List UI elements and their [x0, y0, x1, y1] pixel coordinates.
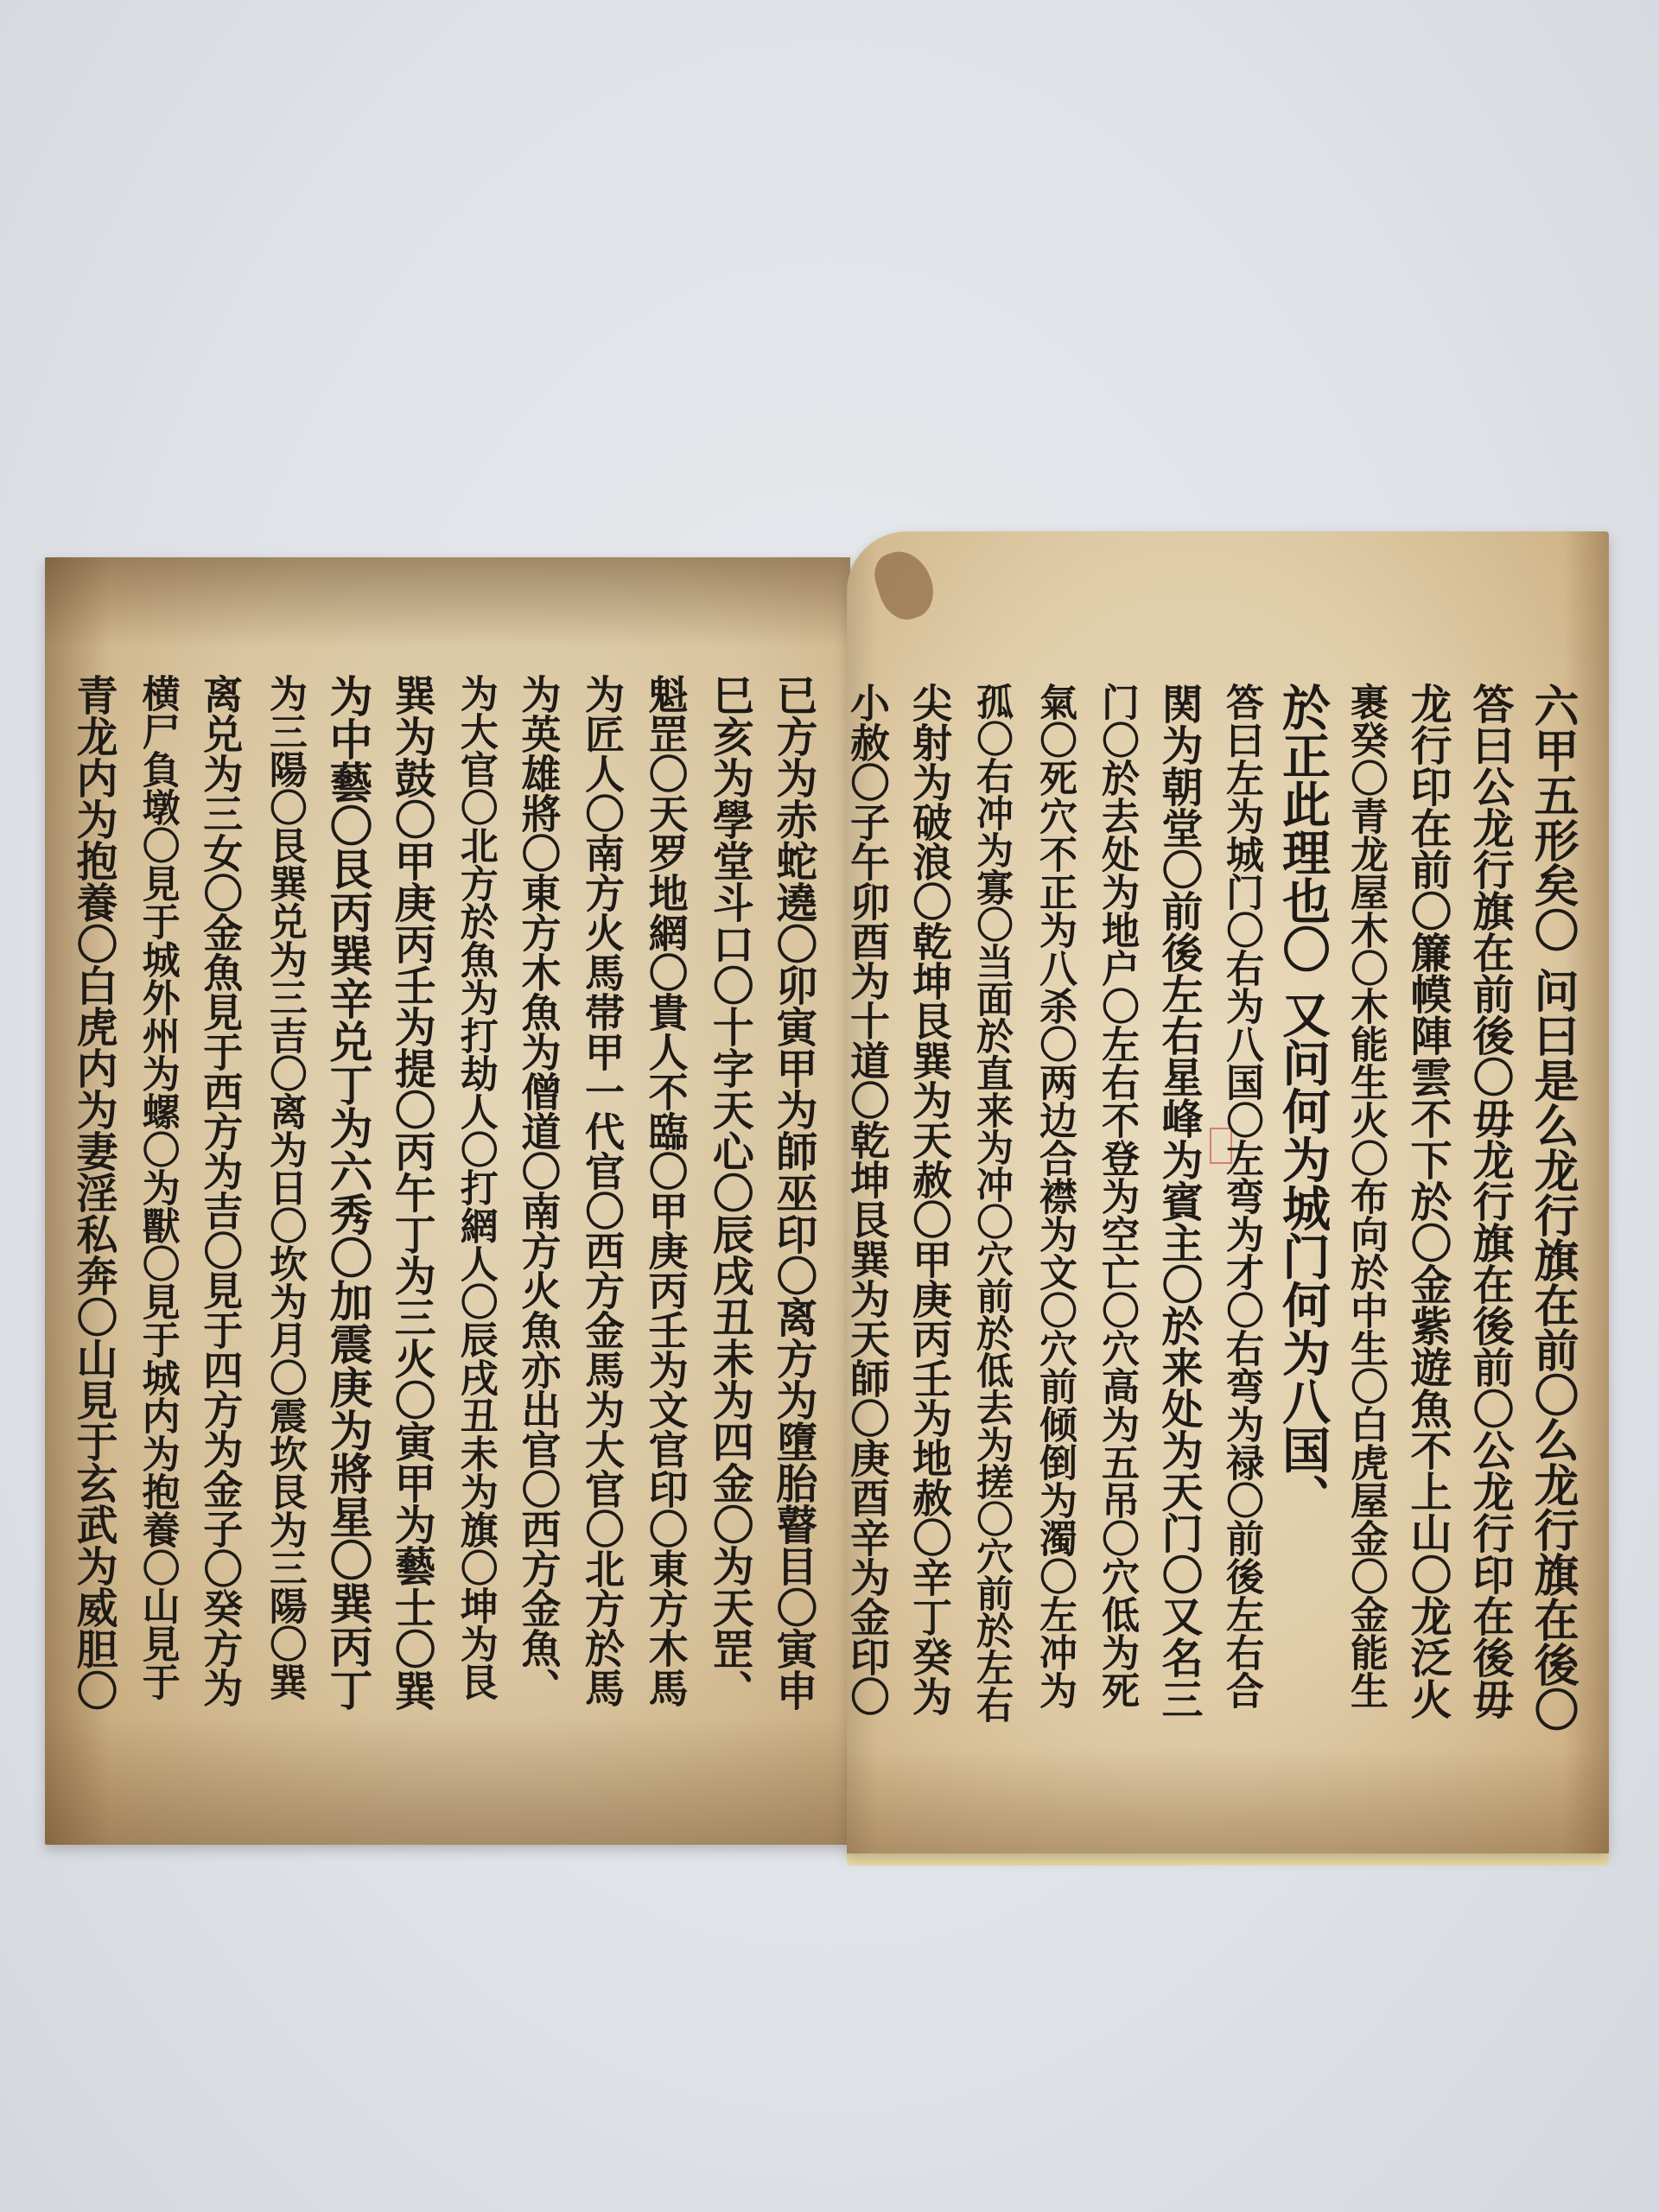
right-column-5: 於正此理也〇 又问何为城门何为八国、: [1272, 683, 1334, 1724]
left-column-9: 为三陽〇艮巽兑为三吉〇离为日〇坎为月〇震坎艮为三陽〇巽: [253, 674, 315, 1715]
open-book: 已方为赤蛇遶〇卯寅甲为師巫印〇离方为墮胎瞽目〇寅申 巳亥为學堂斗口〇十字天心〇辰…: [0, 0, 1659, 2212]
right-column-3: 龙行印在前〇簾幙陣雲不下於〇金紫遊魚不上山〇龙泛火: [1396, 683, 1459, 1724]
left-column-6: 为大官〇北方於魚为打劫人〇打網人〇辰戌丑未为旗〇坤为艮: [444, 674, 506, 1715]
right-column-1: 六甲五形矣〇 问曰是么龙行旗在前〇么龙行旗在後〇: [1521, 683, 1583, 1724]
right-page: 六甲五形矣〇 问曰是么龙行旗在前〇么龙行旗在後〇 答曰公龙行旗在前後〇毋龙行旗在…: [847, 531, 1609, 1853]
right-column-8: 门〇於去处为地户〇左右不登为空亡〇穴高为五吊〇穴低为死: [1085, 683, 1147, 1724]
right-page-columns: 六甲五形矣〇 问曰是么龙行旗在前〇么龙行旗在後〇 答曰公龙行旗在前後〇毋龙行旗在…: [864, 683, 1583, 1724]
left-column-5: 为英雄將〇東方木魚为僧道〇南方火魚亦出官〇西方金魚、: [507, 674, 569, 1715]
left-column-12: 青龙内为抱養〇白虎内为妻淫私奔〇山見于玄武为威胆〇: [62, 674, 124, 1715]
left-column-3: 魁罡〇天罗地網〇貴人不臨〇甲庚丙壬为文官印〇東方木馬: [635, 674, 697, 1715]
right-column-9: 氣〇死穴不正为八杀〇两边合襟为文〇穴前倾倒为濁〇左冲为: [1023, 683, 1085, 1724]
left-column-7: 巽为鼓〇甲庚丙壬为提〇丙午丁为三火〇寅甲为藝士〇巽: [380, 674, 442, 1715]
right-column-11: 尖射为破浪〇乾坤艮巽为天赦〇甲庚丙壬为地赦〇辛丁癸为: [899, 683, 961, 1724]
left-column-4: 为匠人〇南方火馬帯甲一代官〇西方金馬为大官〇北方於馬: [571, 674, 633, 1715]
right-column-4: 裹癸〇青龙屋木〇木能生火〇布向於中生〇白虎屋金〇金能生: [1334, 683, 1396, 1724]
left-page: 已方为赤蛇遶〇卯寅甲为師巫印〇离方为墮胎瞽目〇寅申 巳亥为學堂斗口〇十字天心〇辰…: [45, 557, 850, 1845]
right-column-6: 答曰左为城门〇右为八国〇左弯为才〇右弯为禄〇前後左右合: [1210, 683, 1272, 1724]
water-stain: [868, 543, 941, 626]
right-column-2: 答曰公龙行旗在前後〇毋龙行旗在後前〇公龙行印在後毋: [1459, 683, 1521, 1724]
left-column-1: 已方为赤蛇遶〇卯寅甲为師巫印〇离方为墮胎瞽目〇寅申: [762, 674, 824, 1715]
right-column-7: 関为朝堂〇前後左右星峰为賓主〇於来处为天门〇又名三: [1147, 683, 1210, 1724]
left-column-11: 横尸負墩〇見于城外州为螺〇为獸〇見于城内为抱養〇山見于: [126, 674, 188, 1715]
right-column-10: 孤〇右冲为寡〇当面於直来为冲〇穴前於低去为搓〇穴前於左右: [961, 683, 1023, 1724]
left-column-8: 为中藝〇艮丙巽辛兑丁为六秀〇加震庚为將星〇巽丙丁: [317, 674, 379, 1715]
left-column-2: 巳亥为學堂斗口〇十字天心〇辰戌丑未为四金〇为天罡、: [698, 674, 760, 1715]
right-column-12: 小赦〇子午卯酉为十道〇乾坤艮巽为天師〇庚酉辛为金印〇: [836, 683, 899, 1724]
left-column-10: 离兑为三女〇金魚見于西方为吉〇見于四方为金子〇癸方为: [189, 674, 251, 1715]
left-page-columns: 已方为赤蛇遶〇卯寅甲为師巫印〇离方为墮胎瞽目〇寅申 巳亥为學堂斗口〇十字天心〇辰…: [62, 674, 824, 1715]
